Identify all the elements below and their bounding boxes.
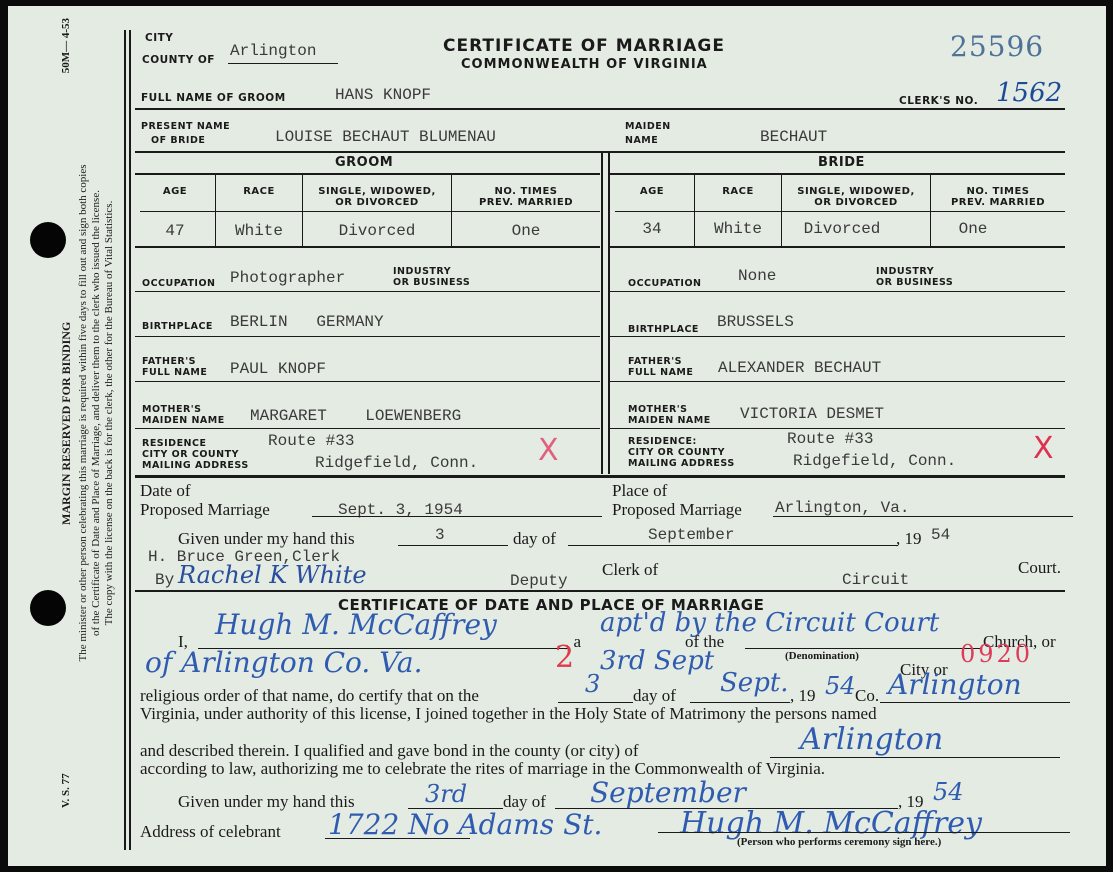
bride-race-value: White	[695, 220, 781, 238]
license-given-label: Given under my hand this	[178, 529, 355, 549]
margin-instruction-3: The copy with the license on the back is…	[103, 18, 116, 808]
date-proposed-label-1: Date of	[140, 481, 191, 501]
deputy-signature: Rachel K White	[178, 561, 367, 589]
groom-values-rule	[135, 246, 600, 248]
bride-residence-line-1: Route #33	[787, 430, 873, 448]
print-code: 50M— 4-53	[60, 18, 73, 73]
groom-birthplace-rule	[135, 336, 600, 337]
bride-mother-rule	[610, 428, 1065, 429]
address-label: Address of celebrant	[140, 822, 281, 842]
county-value: Arlington	[230, 42, 316, 60]
authority-line2-handwritten: of Arlington Co. Va.	[145, 646, 422, 679]
groom-residence-line-1: Route #33	[268, 432, 354, 450]
co-value: Arlington	[888, 668, 1022, 701]
bride-birthplace-rule	[610, 336, 1065, 337]
celebration-given-month: September	[590, 776, 746, 809]
groom-times-header-1: NO. TIMES	[452, 186, 600, 197]
denomination-underline	[745, 648, 981, 649]
groom-residence-label-3: MAILING ADDRESS	[142, 460, 249, 471]
co-underline	[880, 702, 1070, 703]
county-label: COUNTY OF	[142, 54, 215, 66]
place-proposed-label-2: Proposed Marriage	[612, 500, 742, 520]
date-proposed-label-2: Proposed Marriage	[140, 500, 270, 520]
clerk-of-label: Clerk of	[602, 560, 658, 580]
margin-border-inner	[129, 30, 131, 850]
bride-times-header-1: NO. TIMES	[931, 186, 1065, 197]
license-given-day-underline	[398, 545, 508, 546]
license-given-year: 54	[931, 526, 950, 544]
groom-residence-label-1: RESIDENCE	[142, 438, 206, 449]
license-given-month: September	[648, 526, 734, 544]
celebration-month-value: Sept.	[720, 668, 789, 698]
celebrant-name-handwritten: Hugh M. McCaffrey	[215, 608, 497, 641]
paragraph-line-2: and described therein. I qualified and g…	[140, 741, 639, 761]
bride-mother-value: VICTORIA DESMET	[740, 405, 884, 423]
groom-name-rule	[135, 108, 1065, 110]
address-underline	[325, 838, 470, 839]
bride-occupation-label: OCCUPATION	[628, 278, 701, 289]
groom-mother-rule	[135, 428, 600, 429]
bride-residence-label-3: MAILING ADDRESS	[628, 458, 735, 469]
groom-mother-label-2: MAIDEN NAME	[142, 415, 225, 426]
court-type-value: Circuit	[842, 571, 909, 589]
groom-title-rule	[135, 173, 600, 175]
bride-times-value: One	[931, 220, 1015, 238]
address-value: 1722 No Adams St.	[328, 808, 602, 841]
bride-times-header-2: PREV. MARRIED	[931, 197, 1065, 208]
license-year-prefix: , 19	[896, 529, 922, 549]
celebration-day-of-label: day of	[633, 686, 676, 706]
bride-mother-label-2: MAIDEN NAME	[628, 415, 711, 426]
clerk-no-label: CLERK'S NO.	[899, 95, 978, 107]
bride-status-header-2: OR DIVORCED	[782, 197, 930, 208]
maiden-name-label-1: MAIDEN	[625, 121, 671, 132]
bride-status-value: Divorced	[782, 220, 902, 238]
celebration-year-value: 54	[825, 672, 856, 700]
groom-section-title: GROOM	[335, 155, 393, 170]
bride-section-title: BRIDE	[818, 155, 865, 170]
groom-status-header-1: SINGLE, WIDOWED,	[303, 186, 451, 197]
groom-occupation-value: Photographer	[230, 269, 345, 287]
groom-father-rule	[135, 381, 600, 382]
margin-instruction-1: The minister or other person celebrating…	[77, 18, 90, 808]
groom-mother-value: MARGARET LOEWENBERG	[250, 407, 461, 425]
stamp-number: 25596	[950, 30, 1044, 63]
bride-occupation-rule	[610, 291, 1065, 292]
bride-industry-label-1: INDUSTRY	[876, 266, 934, 277]
groom-status-header-2: OR DIVORCED	[303, 197, 451, 208]
bride-father-rule	[610, 381, 1065, 382]
place-proposed-label-1: Place of	[612, 481, 667, 501]
bond-county-underline	[770, 757, 1060, 758]
celebration-month-underline	[690, 702, 790, 703]
bride-residence-label-1: RESIDENCE:	[628, 436, 697, 447]
bride-father-label-2: FULL NAME	[628, 367, 693, 378]
co-label: Co.	[855, 686, 879, 706]
bride-values-rule	[610, 246, 1065, 248]
denomination-caption: (Denomination)	[785, 650, 859, 662]
groom-birthplace-value: BERLIN GERMANY	[230, 313, 384, 331]
license-given-day: 3	[435, 526, 445, 544]
groom-father-label-1: FATHER'S	[142, 356, 196, 367]
city-label: CITY	[145, 32, 173, 44]
groom-father-label-2: FULL NAME	[142, 367, 207, 378]
bride-industry-label-2: OR BUSINESS	[876, 277, 953, 288]
bride-father-value: ALEXANDER BECHAUT	[718, 359, 881, 377]
celebration-day-value: 3	[585, 670, 600, 698]
bride-name-label-1: PRESENT NAME	[141, 121, 230, 132]
authority-handwritten: apt'd by the Circuit Court	[600, 608, 939, 638]
groom-father-value: PAUL KNOPF	[230, 360, 326, 378]
religious-order-text: religious order of that name, do certify…	[140, 686, 479, 706]
groom-residence-label-2: CITY OR COUNTY	[142, 449, 239, 460]
court-label: Court.	[1018, 558, 1061, 578]
place-proposed-value: Arlington, Va.	[775, 499, 909, 517]
groom-residence-line-2: Ridgefield, Conn.	[315, 454, 478, 472]
certificate-title: CERTIFICATE OF MARRIAGE	[443, 36, 725, 56]
groom-race-header: RACE	[216, 186, 302, 197]
county-underline	[228, 63, 338, 64]
red-number: 2	[555, 640, 574, 675]
groom-birthplace-label: BIRTHPLACE	[142, 321, 213, 332]
groom-occupation-label: OCCUPATION	[142, 278, 215, 289]
center-divider-right	[608, 152, 610, 474]
bride-name-value: LOUISE BECHAUT BLUMENAU	[275, 128, 496, 146]
bride-age-header: AGE	[610, 186, 694, 197]
bride-name-label-2: OF BRIDE	[151, 135, 205, 146]
margin-border-outer	[124, 30, 126, 850]
red-code: 0920	[960, 640, 1033, 668]
place-proposed-underline	[773, 516, 1073, 517]
celebration-year-prefix: , 19	[790, 686, 816, 706]
groom-occupation-rule	[135, 291, 600, 292]
groom-race-value: White	[216, 222, 302, 240]
certificate-subtitle: COMMONWEALTH OF VIRGINIA	[461, 57, 708, 72]
bride-race-header: RACE	[695, 186, 781, 197]
binding-margin-text: V. S. 77 MARGIN RESERVED FOR BINDING 50M…	[60, 18, 116, 808]
third-sept-handwritten: 3rd Sept	[600, 646, 714, 676]
groom-industry-label-2: OR BUSINESS	[393, 277, 470, 288]
paragraph-line-1: Virginia, under authority of this licens…	[140, 704, 877, 724]
bride-header-rule	[615, 211, 1065, 212]
groom-age-header: AGE	[135, 186, 215, 197]
groom-name-value: HANS KNOPF	[335, 86, 431, 104]
groom-times-value: One	[452, 222, 600, 240]
groom-industry-label-1: INDUSTRY	[393, 266, 451, 277]
bride-status-header-1: SINGLE, WIDOWED,	[782, 186, 930, 197]
license-given-month-underline	[568, 545, 898, 546]
groom-status-value: Divorced	[303, 222, 451, 240]
bride-residence-label-2: CITY OR COUNTY	[628, 447, 725, 458]
groom-mother-label-1: MOTHER'S	[142, 404, 202, 415]
bride-check-mark: X	[1033, 431, 1054, 466]
groom-age-value: 47	[135, 222, 215, 240]
groom-name-label: FULL NAME OF GROOM	[141, 92, 286, 104]
celebration-given-day: 3rd	[425, 780, 467, 808]
groom-check-mark: X	[538, 433, 559, 468]
bride-father-label-1: FATHER'S	[628, 356, 682, 367]
celebration-given-year: 54	[933, 778, 964, 806]
bride-name-rule	[135, 151, 1065, 153]
maiden-name-value: BECHAUT	[760, 128, 827, 146]
deputy-label: Deputy	[510, 572, 568, 590]
by-label: By	[155, 571, 174, 589]
applicant-section-bottom-rule	[135, 475, 1065, 478]
bride-residence-line-2: Ridgefield, Conn.	[793, 452, 956, 470]
bride-title-rule	[610, 173, 1065, 175]
margin-instruction-2: of the Certificate of Date and Place of …	[90, 18, 103, 808]
bride-birthplace-value: BRUSSELS	[717, 313, 794, 331]
signature-caption: (Person who performs ceremony sign here.…	[737, 836, 941, 848]
date-proposed-underline	[312, 516, 602, 517]
clerk-no-value: 1562	[996, 78, 1062, 108]
license-section-bottom-rule	[135, 590, 1065, 592]
celebration-day-underline	[558, 702, 633, 703]
groom-header-rule	[140, 211, 600, 212]
bride-mother-label-1: MOTHER'S	[628, 404, 688, 415]
bride-occupation-value: None	[738, 267, 776, 285]
bride-birthplace-label: BIRTHPLACE	[628, 324, 699, 335]
margin-title: MARGIN RESERVED FOR BINDING	[60, 322, 73, 525]
signature-underline	[658, 832, 1070, 833]
bond-county-value: Arlington	[800, 722, 943, 757]
bride-age-value: 34	[610, 220, 694, 238]
form-number: V. S. 77	[60, 773, 73, 808]
groom-times-header-2: PREV. MARRIED	[452, 197, 600, 208]
center-divider-left	[601, 152, 603, 474]
license-day-of-label: day of	[513, 529, 556, 549]
maiden-name-label-2: NAME	[625, 135, 658, 146]
